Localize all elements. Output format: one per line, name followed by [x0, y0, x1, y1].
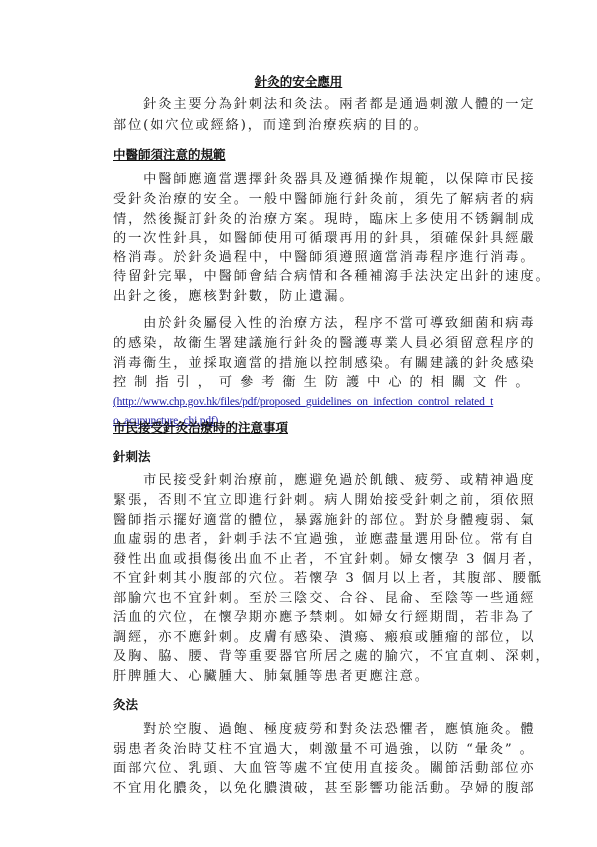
intro-line: 部位(如穴位或經絡)，而達到治療疾病的目的。 [113, 116, 485, 136]
paragraph-line: 中醫師應適當選擇針灸器具及遵循操作規範，以保障市民接 [113, 170, 485, 190]
paragraph-line: 對於空腹、過飽、極度疲勞和對灸法恐懼者，應慎施灸。體 [113, 720, 485, 740]
paragraph-line: 不宜針刺其小腹部的穴位。若懷孕 3 個月以上者，其腹部、腰骶 [113, 569, 485, 589]
subheading-acupuncture: 針刺法 [113, 447, 151, 465]
paragraph-line: 受針灸治療的安全。一般中醫師施行針灸前，須先了解病者的病 [113, 190, 485, 210]
paragraph-line: 格消毒。於針灸過程中，中醫師須遵照適當消毒程序進行消毒。 [113, 248, 485, 268]
paragraph-line: 情，然後擬訂針灸的治療方案。現時，臨床上多使用不锈鋼制成 [113, 210, 485, 230]
section-heading-patient-notes: 市民接受針灸治療時的注意事項 [113, 418, 288, 436]
paragraph-line: 發性出血或損傷後出血不止者，不宜針刺。婦女懷孕 3 個月者， [113, 550, 485, 570]
paragraph-line: 血虛弱的患者，針刺手法不宜過強，並應盡量選用卧位。常有自 [113, 530, 485, 550]
intro-line: 針灸主要分為針刺法和灸法。兩者都是通過刺激人體的一定 [113, 95, 485, 115]
paragraph-line: 及胸、脇、腰、背等重要器官所居之處的腧穴，不宜直刺、深刺， [113, 647, 485, 667]
subheading-moxibustion: 灸法 [113, 695, 138, 713]
paragraph-line: 出針之後，應核對針數，防止遺漏。 [113, 287, 485, 307]
paragraph-line: 調經，亦不應針刺。皮膚有感染、潰瘍、瘢痕或腫瘤的部位，以 [113, 628, 485, 648]
paragraph-line: 肝脾腫大、心臟腫大、肺氣腫等患者更應注意。 [113, 667, 485, 687]
document-page: 針灸的安全應用 針灸主要分為針刺法和灸法。兩者都是通過刺激人體的一定 部位(如穴… [0, 0, 597, 847]
paragraph-line: 面部穴位、乳頭、大血管等處不宜使用直接灸。關節活動部位亦 [113, 759, 485, 779]
paragraph-line: 弱患者灸治時艾柱不宜過大，刺激量不可過強，以防 “暈灸” 。 [113, 740, 485, 760]
paragraph-line: 緊張，否則不宜立即進行針刺。病人開始接受針刺之前，須依照 [113, 491, 485, 511]
paragraph-line: 控 制 指 引 ， 可 參 考 衞 生 防 護 中 心 的 相 關 文 件 。 [113, 373, 485, 393]
section-heading-practitioner-rules: 中醫師須注意的規範 [113, 145, 226, 163]
document-title: 針灸的安全應用 [0, 72, 597, 90]
paragraph-line: 待留針完畢，中醫師會結合病情和各種補瀉手法決定出針的速度。 [113, 267, 496, 287]
paragraph-line: 部腧穴也不宜針刺。至於三陰交、合谷、昆侖、至陰等一些通經 [113, 589, 485, 609]
paragraph-line: 由於針灸屬侵入性的治療方法，程序不當可導致細菌和病毒 [113, 314, 485, 334]
paragraph-line: 不宜用化膿灸，以免化膿潰破，甚至影響功能活動。孕婦的腹部 [113, 779, 485, 799]
paragraph-line: 的感染，故衞生署建議施行針灸的醫護專業人員必須留意程序的 [113, 334, 485, 354]
paragraph-line: 的一次性針具，如醫師使用可循環再用的針具，須確保針具經嚴 [113, 229, 485, 249]
paragraph-line: 消毒衞生，並採取適當的措施以控制感染。有關建議的針灸感染 [113, 354, 485, 374]
paragraph-line: 醫師指示擺好適當的體位，暴露施針的部位。對於身體瘦弱、氣 [113, 511, 485, 531]
paragraph-line: 市民接受針刺治療前，應避免過於飢餓、疲勞、或精神過度 [113, 471, 485, 491]
guideline-link[interactable]: (http://www.chp.gov.hk/files/pdf/propose… [113, 392, 485, 412]
paragraph-line: 活血的穴位，在懷孕期亦應予禁刺。如婦女行經期間，若非為了 [113, 608, 485, 628]
